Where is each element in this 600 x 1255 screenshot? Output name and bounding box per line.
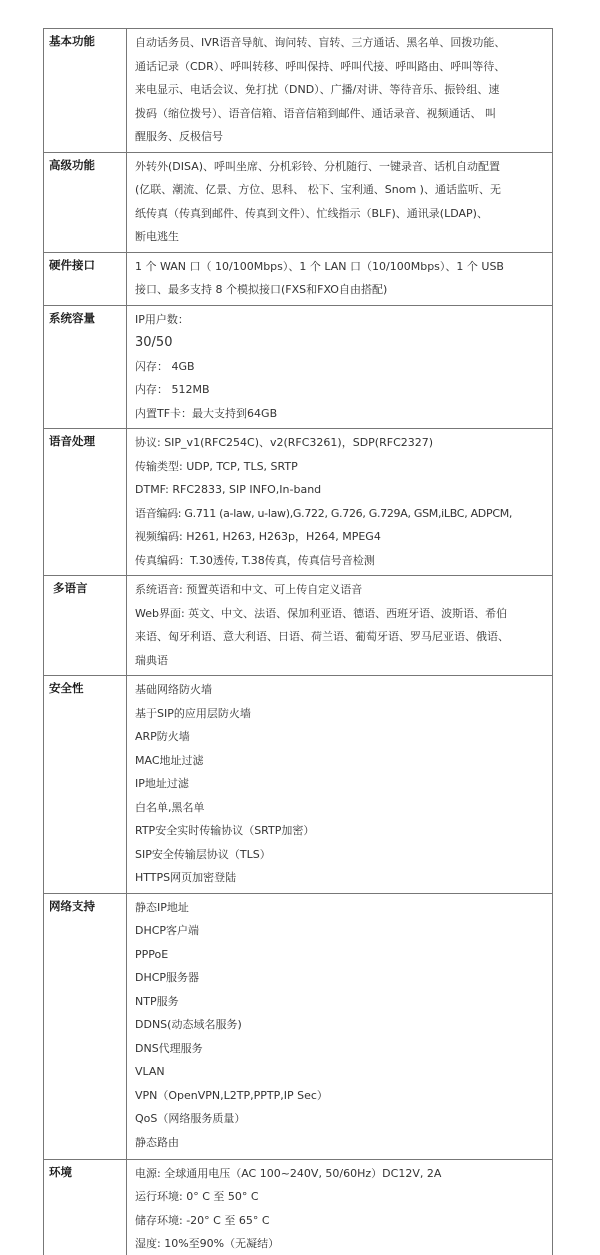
row-label: 硬件接口 bbox=[49, 257, 126, 273]
row-line: RTP安全实时传输协议（SRTP加密） bbox=[135, 819, 548, 843]
spec-row-environment: 环境 电源: 全球通用电压（AC 100~240V, 50/60Hz）DC12V… bbox=[44, 1159, 553, 1255]
row-line: 1 个 WAN 口（ 10/100Mbps）、1 个 LAN 口（10/100M… bbox=[135, 255, 548, 279]
spec-row-system-capacity: 系统容量 IP用户数： 30/50 闪存： 4GB 内存： 512MB 内置TF… bbox=[44, 305, 553, 429]
row-label-cell: 基本功能 bbox=[44, 29, 127, 153]
row-line: 醒服务、反极信号 bbox=[135, 125, 548, 149]
spec-row-hardware-interfaces: 硬件接口 1 个 WAN 口（ 10/100Mbps）、1 个 LAN 口（10… bbox=[44, 252, 553, 305]
row-line: 白名单,黑名单 bbox=[135, 796, 548, 820]
row-label-cell: 系统容量 bbox=[44, 305, 127, 429]
row-line: QoS（网络服务质量） bbox=[135, 1107, 548, 1131]
row-line: 系统语音: 预置英语和中文、可上传自定义语音 bbox=[135, 578, 548, 602]
row-content-cell: 协议: SIP_v1(RFC254C)、v2(RFC3261)，SDP(RFC2… bbox=[127, 429, 553, 576]
row-label-cell: 语音处理 bbox=[44, 429, 127, 576]
row-line: 语音编码: G.711 (a-law, u-law),G.722, G.726,… bbox=[135, 502, 548, 526]
row-line: 来语、匈牙利语、意大利语、日语、荷兰语、葡萄牙语、罗马尼亚语、俄语、 bbox=[135, 625, 548, 649]
row-line: Web界面: 英文、中文、法语、保加利亚语、德语、西班牙语、波斯语、希伯 bbox=[135, 602, 548, 626]
row-line: ARP防火墙 bbox=[135, 725, 548, 749]
row-line: PPPoE bbox=[135, 943, 548, 967]
row-label: 语音处理 bbox=[49, 433, 126, 449]
row-line: 纸传真（传真到邮件、传真到文件）、忙线指示（BLF)、通讯录(LDAP)、 bbox=[135, 202, 548, 226]
row-line: DHCP客户端 bbox=[135, 919, 548, 943]
row-line: VLAN bbox=[135, 1060, 548, 1084]
row-content-cell: 基础网络防火墙 基于SIP的应用层防火墙 ARP防火墙 MAC地址过滤 IP地址… bbox=[127, 676, 553, 894]
row-line: DDNS(动态域名服务) bbox=[135, 1013, 548, 1037]
row-content-cell: 静态IP地址 DHCP客户端 PPPoE DHCP服务器 NTP服务 DDNS(… bbox=[127, 893, 553, 1159]
row-line: 30/50 bbox=[135, 331, 548, 355]
row-label: 安全性 bbox=[49, 680, 126, 696]
row-line: 接口、最多支持 8 个模拟接口(FXS和FXO自由搭配) bbox=[135, 278, 548, 302]
row-line: 自动话务员、IVR语音导航、询问转、盲转、三方通话、黑名单、回拨功能、 bbox=[135, 31, 548, 55]
row-line: DTMF: RFC2833, SIP INFO,In-band bbox=[135, 478, 548, 502]
row-line: 储存环境: -20° C 至 65° C bbox=[135, 1209, 548, 1233]
row-line: IP地址过滤 bbox=[135, 772, 548, 796]
spec-table: 基本功能 自动话务员、IVR语音导航、询问转、盲转、三方通话、黑名单、回拨功能、… bbox=[43, 28, 553, 1255]
row-label: 多语言 bbox=[53, 580, 126, 596]
spec-row-security: 安全性 基础网络防火墙 基于SIP的应用层防火墙 ARP防火墙 MAC地址过滤 … bbox=[44, 676, 553, 894]
row-line: 视频编码: H261, H263, H263p，H264, MPEG4 bbox=[135, 525, 548, 549]
row-label-cell: 环境 bbox=[44, 1159, 127, 1255]
spec-row-network-support: 网络支持 静态IP地址 DHCP客户端 PPPoE DHCP服务器 NTP服务 … bbox=[44, 893, 553, 1159]
row-line: HTTPS网页加密登陆 bbox=[135, 866, 548, 890]
row-line: 协议: SIP_v1(RFC254C)、v2(RFC3261)，SDP(RFC2… bbox=[135, 431, 548, 455]
row-label-cell: 硬件接口 bbox=[44, 252, 127, 305]
row-line: 基础网络防火墙 bbox=[135, 678, 548, 702]
row-label-cell: 高级功能 bbox=[44, 152, 127, 252]
row-line: VPN（OpenVPN,L2TP,PPTP,IP Sec） bbox=[135, 1084, 548, 1108]
row-line: 通话记录（CDR）、呼叫转移、呼叫保持、呼叫代接、呼叫路由、呼叫等待、 bbox=[135, 55, 548, 79]
spec-row-multi-language: 多语言 系统语音: 预置英语和中文、可上传自定义语音 Web界面: 英文、中文、… bbox=[44, 576, 553, 676]
row-line: 基于SIP的应用层防火墙 bbox=[135, 702, 548, 726]
row-label: 环境 bbox=[49, 1164, 126, 1180]
row-line: 断电逃生 bbox=[135, 225, 548, 249]
row-line: 内置TF卡：最大支持到64GB bbox=[135, 402, 548, 426]
row-label-cell: 网络支持 bbox=[44, 893, 127, 1159]
row-line: 外转外(DISA)、呼叫坐席、分机彩铃、分机随行、一键录音、话机自动配置 bbox=[135, 155, 548, 179]
row-content-cell: 系统语音: 预置英语和中文、可上传自定义语音 Web界面: 英文、中文、法语、保… bbox=[127, 576, 553, 676]
row-content-cell: 电源: 全球通用电压（AC 100~240V, 50/60Hz）DC12V, 2… bbox=[127, 1159, 553, 1255]
row-line: MAC地址过滤 bbox=[135, 749, 548, 773]
row-label: 网络支持 bbox=[49, 898, 126, 914]
row-content-cell: IP用户数： 30/50 闪存： 4GB 内存： 512MB 内置TF卡：最大支… bbox=[127, 305, 553, 429]
row-content-cell: 自动话务员、IVR语音导航、询问转、盲转、三方通话、黑名单、回拨功能、 通话记录… bbox=[127, 29, 553, 153]
row-line: 运行环境: 0° C 至 50° C bbox=[135, 1185, 548, 1209]
row-line: 拨码（缩位拨号）、语音信箱、语音信箱到邮件、通话录音、视频通话、 叫 bbox=[135, 102, 548, 126]
row-label-cell: 安全性 bbox=[44, 676, 127, 894]
row-label-cell: 多语言 bbox=[44, 576, 127, 676]
row-line: 来电显示、电话会议、免打扰（DND）、广播/对讲、等待音乐、振铃组、速 bbox=[135, 78, 548, 102]
row-line: 静态路由 bbox=[135, 1131, 548, 1155]
row-label: 基本功能 bbox=[49, 33, 126, 49]
row-line: 传输类型: UDP, TCP, TLS, SRTP bbox=[135, 455, 548, 479]
row-line: SIP安全传输层协议（TLS） bbox=[135, 843, 548, 867]
row-label: 系统容量 bbox=[49, 310, 126, 326]
row-line: IP用户数： bbox=[135, 308, 548, 332]
row-line: 瑞典语 bbox=[135, 649, 548, 673]
row-line: NTP服务 bbox=[135, 990, 548, 1014]
row-line: 传真编码：T.30透传, T.38传真，传真信号音检测 bbox=[135, 549, 548, 573]
row-line: (亿联、潮流、亿景、方位、思科、 松下、宝利通、Snom )、通话监听、无 bbox=[135, 178, 548, 202]
row-line: 闪存： 4GB bbox=[135, 355, 548, 379]
row-line: 内存： 512MB bbox=[135, 378, 548, 402]
row-content-cell: 外转外(DISA)、呼叫坐席、分机彩铃、分机随行、一键录音、话机自动配置 (亿联… bbox=[127, 152, 553, 252]
row-content-cell: 1 个 WAN 口（ 10/100Mbps）、1 个 LAN 口（10/100M… bbox=[127, 252, 553, 305]
spec-row-voice-processing: 语音处理 协议: SIP_v1(RFC254C)、v2(RFC3261)，SDP… bbox=[44, 429, 553, 576]
row-line: DNS代理服务 bbox=[135, 1037, 548, 1061]
row-line: 湿度: 10%至90%（无凝结） bbox=[135, 1232, 548, 1255]
row-label: 高级功能 bbox=[49, 157, 126, 173]
row-line: 电源: 全球通用电压（AC 100~240V, 50/60Hz）DC12V, 2… bbox=[135, 1162, 548, 1186]
row-line: 静态IP地址 bbox=[135, 896, 548, 920]
spec-row-basic-features: 基本功能 自动话务员、IVR语音导航、询问转、盲转、三方通话、黑名单、回拨功能、… bbox=[44, 29, 553, 153]
row-line: DHCP服务器 bbox=[135, 966, 548, 990]
spec-row-advanced-features: 高级功能 外转外(DISA)、呼叫坐席、分机彩铃、分机随行、一键录音、话机自动配… bbox=[44, 152, 553, 252]
